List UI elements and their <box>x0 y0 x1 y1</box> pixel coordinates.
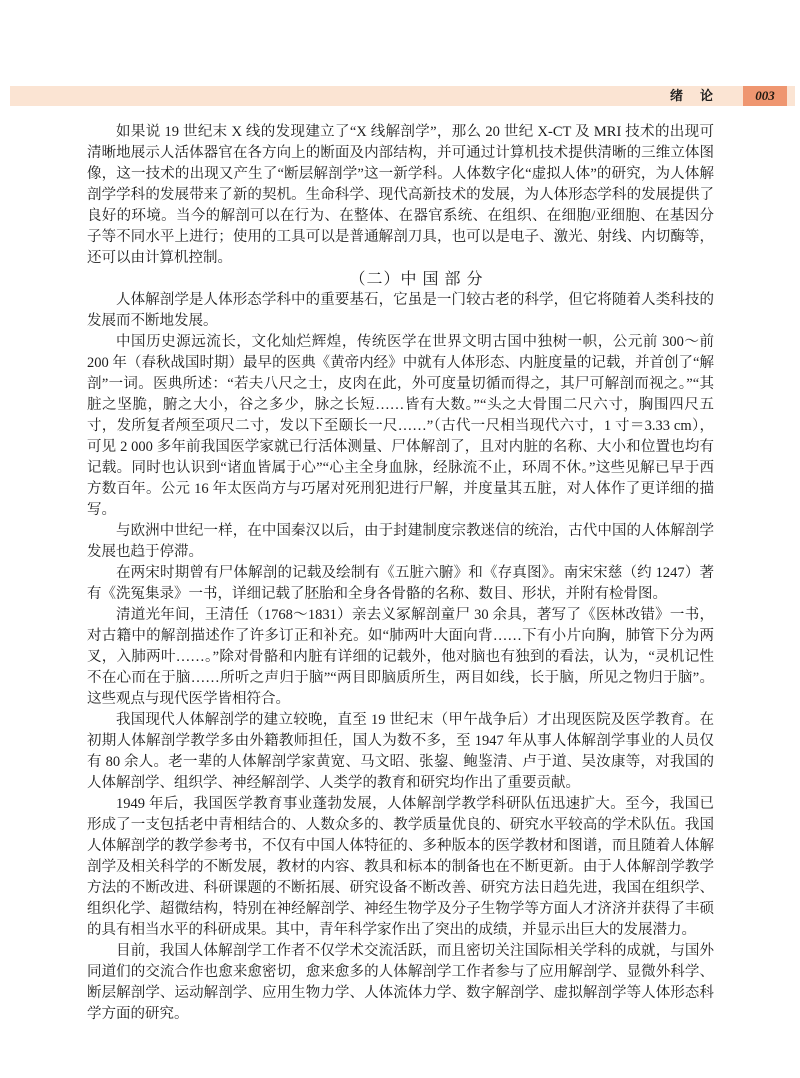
textbook-page: 绪 论 003 如果说 19 世纪末 X 线的发现建立了“X 线解剖学”，那么 … <box>0 0 800 1078</box>
paragraph: 目前，我国人体解剖学工作者不仅学术交流活跃，而且密切关注国际相关学科的成就，与国… <box>87 941 714 1025</box>
page-number-badge: 003 <box>743 86 787 106</box>
paragraph: 我国现代人体解剖学的建立较晚，直至 19 世纪末（甲午战争后）才出现医院及医学教… <box>87 710 714 794</box>
paragraph-intro: 如果说 19 世纪末 X 线的发现建立了“X 线解剖学”，那么 20 世纪 X-… <box>87 122 714 269</box>
paragraph: 中国历史源远流长，文化灿烂辉煌，传统医学在世界文明古国中独树一帜，公元前 300… <box>87 332 714 521</box>
page-number: 003 <box>755 86 775 106</box>
paragraph: 与欧洲中世纪一样，在中国秦汉以后，由于封建制度宗教迷信的统治，古代中国的人体解剖… <box>87 521 714 563</box>
paragraph: 人体解剖学是人体形态学科中的重要基石，它虽是一门较古老的科学，但它将随着人类科技… <box>87 290 714 332</box>
chapter-title: 绪 论 <box>670 86 715 106</box>
section-heading: （二）中 国 部 分 <box>87 269 714 290</box>
page-header: 绪 论 003 <box>10 86 795 106</box>
paragraph: 清道光年间，王清任（1768～1831）亲去义冢解剖童尸 30 余具，著写了《医… <box>87 605 714 710</box>
paragraph: 1949 年后，我国医学教育事业蓬勃发展，人体解剖学教学科研队伍迅速扩大。至今，… <box>87 794 714 941</box>
main-text: 如果说 19 世纪末 X 线的发现建立了“X 线解剖学”，那么 20 世纪 X-… <box>87 122 714 1025</box>
paragraph: 在两宋时期曾有尸体解剖的记载及绘制有《五脏六腑》和《存真图》。南宋宋慈（约 12… <box>87 563 714 605</box>
